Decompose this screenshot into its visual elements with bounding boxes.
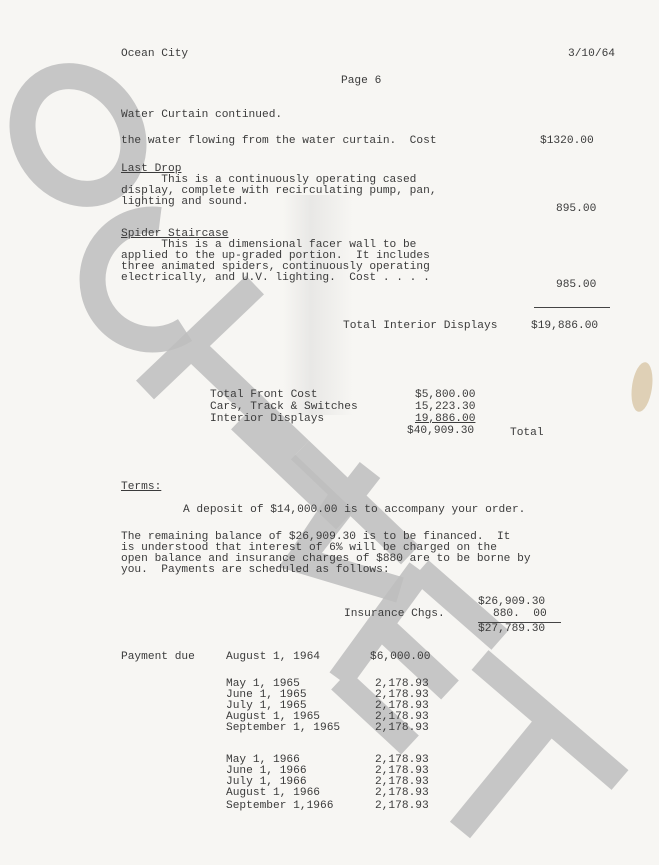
last-drop-cost: 895.00 <box>556 204 596 215</box>
spider-staircase-cost: 985.00 <box>556 280 596 291</box>
financing-total: $27,789.30 <box>478 624 545 635</box>
header-date: 3/10/64 <box>568 49 615 60</box>
spider-staircase-line: electrically, and U.V. lighting. Cost . … <box>121 273 430 284</box>
terms-heading: Terms: <box>121 482 161 493</box>
payment-date: September 1, 1965 <box>226 723 340 734</box>
document-page: Ocean City 3/10/64 Page 6 Water Curtain … <box>0 0 659 865</box>
total-interior-label: Total Interior Displays <box>343 321 497 332</box>
watermark-ochnet <box>0 0 659 865</box>
payment-date: September 1,1966 <box>226 801 333 812</box>
water-curtain-cost: $1320.00 <box>540 136 594 147</box>
financing-balance: $26,909.30 <box>478 597 545 608</box>
payment-due-label: Payment due <box>121 652 195 663</box>
payment-date: August 1, 1966 <box>226 788 320 799</box>
payment-date: August 1, 1964 <box>226 652 320 663</box>
summary-label: Interior Displays <box>210 414 324 425</box>
terms-deposit: A deposit of $14,000.00 is to accompany … <box>183 505 525 516</box>
summary-total-value: $40,909.30 <box>407 426 474 437</box>
terms-paragraph-line: you. Payments are scheduled as follows: <box>121 565 390 576</box>
summary-value: 19,886.00 <box>415 414 475 425</box>
water-curtain-line: the water flowing from the water curtain… <box>121 136 437 147</box>
insurance-value: 880. 00 <box>493 609 547 620</box>
summary-value: 15,223.30 <box>415 402 475 413</box>
watermark-letter-t <box>460 660 620 830</box>
payment-amount: 2,178.93 <box>375 801 429 812</box>
summary-value: $5,800.00 <box>415 390 475 401</box>
paper-stain <box>629 361 656 413</box>
summary-label: Total Front Cost <box>210 390 317 401</box>
subtotal-rule <box>534 307 610 308</box>
scan-shadow <box>283 195 353 415</box>
payment-amount: 2,178.93 <box>375 788 429 799</box>
payment-amount: $6,000.00 <box>370 652 430 663</box>
last-drop-line: lighting and sound. <box>121 197 249 208</box>
total-interior-value: $19,886.00 <box>531 321 598 332</box>
header-location: Ocean City <box>121 49 188 60</box>
insurance-label: Insurance Chgs. <box>344 609 445 620</box>
summary-total-label: Total <box>510 428 544 439</box>
summary-label: Cars, Track & Switches <box>210 402 358 413</box>
page-number: Page 6 <box>341 76 381 87</box>
payment-amount: 2,178.93 <box>375 723 429 734</box>
water-curtain-heading: Water Curtain continued. <box>121 110 282 121</box>
